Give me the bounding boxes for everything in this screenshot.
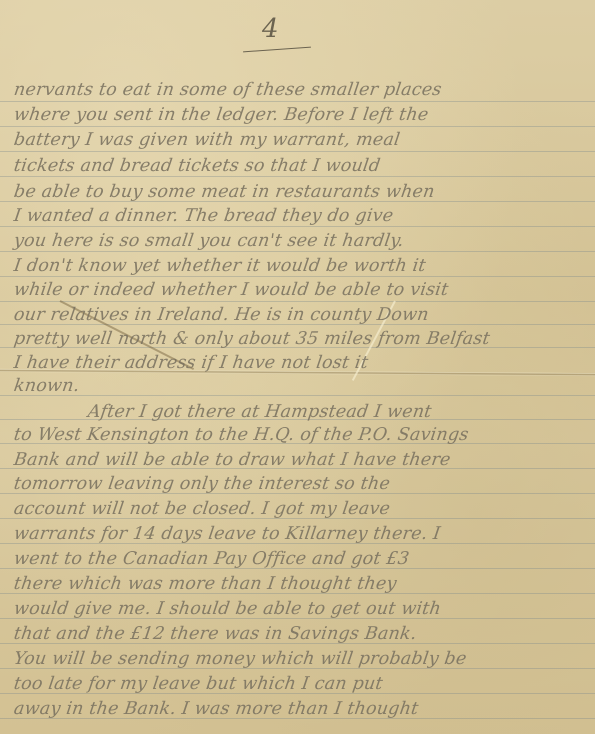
handwritten-line: account will not be closed. I got my lea…	[13, 499, 591, 519]
handwritten-line: battery I was given with my warrant, mea…	[13, 130, 591, 150]
handwritten-line: where you sent in the ledger. Before I l…	[13, 105, 591, 125]
handwritten-line: I don't know yet whether it would be wor…	[13, 256, 591, 276]
handwritten-line: warrants for 14 days leave to Killarney …	[13, 524, 591, 544]
handwritten-line: I have their address if I have not lost …	[13, 353, 591, 373]
page-number: 4	[262, 14, 279, 44]
handwritten-line: away in the Bank. I was more than I thou…	[13, 699, 591, 719]
handwritten-line: tomorrow leaving only the interest so th…	[13, 474, 591, 494]
handwritten-line: Bank and will be able to draw what I hav…	[13, 450, 591, 470]
letter-page: 4 nervants to eat in some of these small…	[0, 0, 595, 734]
handwritten-line: be able to buy some meat in restaurants …	[13, 182, 591, 202]
ruled-line	[0, 176, 595, 177]
ruled-line	[0, 151, 595, 152]
handwritten-line: pretty well north & only about 35 miles …	[13, 329, 591, 349]
ruled-line	[0, 301, 595, 302]
ruled-line	[0, 126, 595, 127]
handwritten-line: nervants to eat in some of these smaller…	[13, 80, 591, 100]
handwritten-line: After I got there at Hampstead I went	[87, 402, 595, 422]
ruled-line	[0, 276, 595, 277]
handwritten-line: I wanted a dinner. The bread they do giv…	[13, 206, 591, 226]
handwritten-line: that and the £12 there was in Savings Ba…	[13, 624, 591, 644]
handwritten-line: while or indeed whether I would be able …	[13, 280, 591, 300]
ruled-line	[0, 226, 595, 227]
ruled-line	[0, 101, 595, 102]
page-number-underline	[243, 47, 311, 53]
handwritten-line: there which was more than I thought they	[13, 574, 591, 594]
handwritten-line: too late for my leave but which I can pu…	[13, 674, 591, 694]
ruled-line	[0, 251, 595, 252]
handwritten-line: would give me. I should be able to get o…	[13, 599, 591, 619]
handwritten-line: to West Kensington to the H.Q. of the P.…	[13, 425, 591, 445]
handwritten-line: went to the Canadian Pay Office and got …	[13, 549, 591, 569]
handwritten-line: our relatives in Ireland. He is in count…	[13, 305, 591, 325]
handwritten-line: known.	[13, 376, 591, 396]
handwritten-line: You will be sending money which will pro…	[13, 649, 591, 669]
handwritten-line: tickets and bread tickets so that I woul…	[13, 156, 591, 176]
handwritten-line: you here is so small you can't see it ha…	[13, 231, 591, 251]
